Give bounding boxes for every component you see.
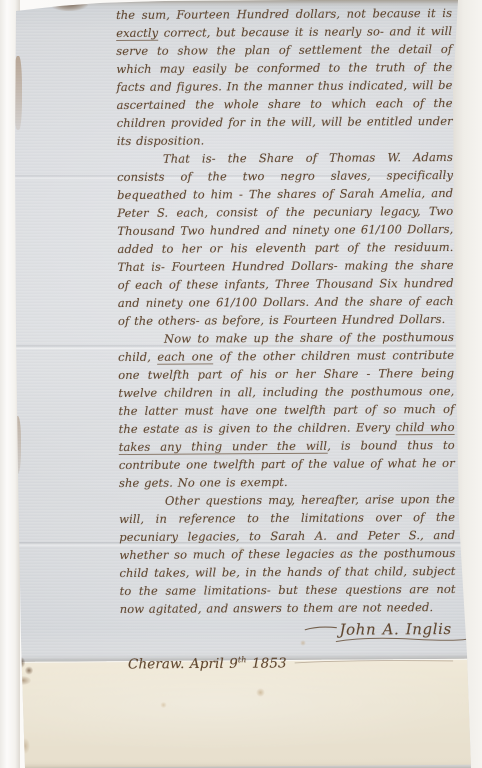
paper-sheet: the sum, Fourteen Hundred dollars, not b…: [0, 0, 482, 768]
paper-edge-shading: [0, 0, 482, 768]
document-scan: the sum, Fourteen Hundred dollars, not b…: [0, 0, 482, 768]
